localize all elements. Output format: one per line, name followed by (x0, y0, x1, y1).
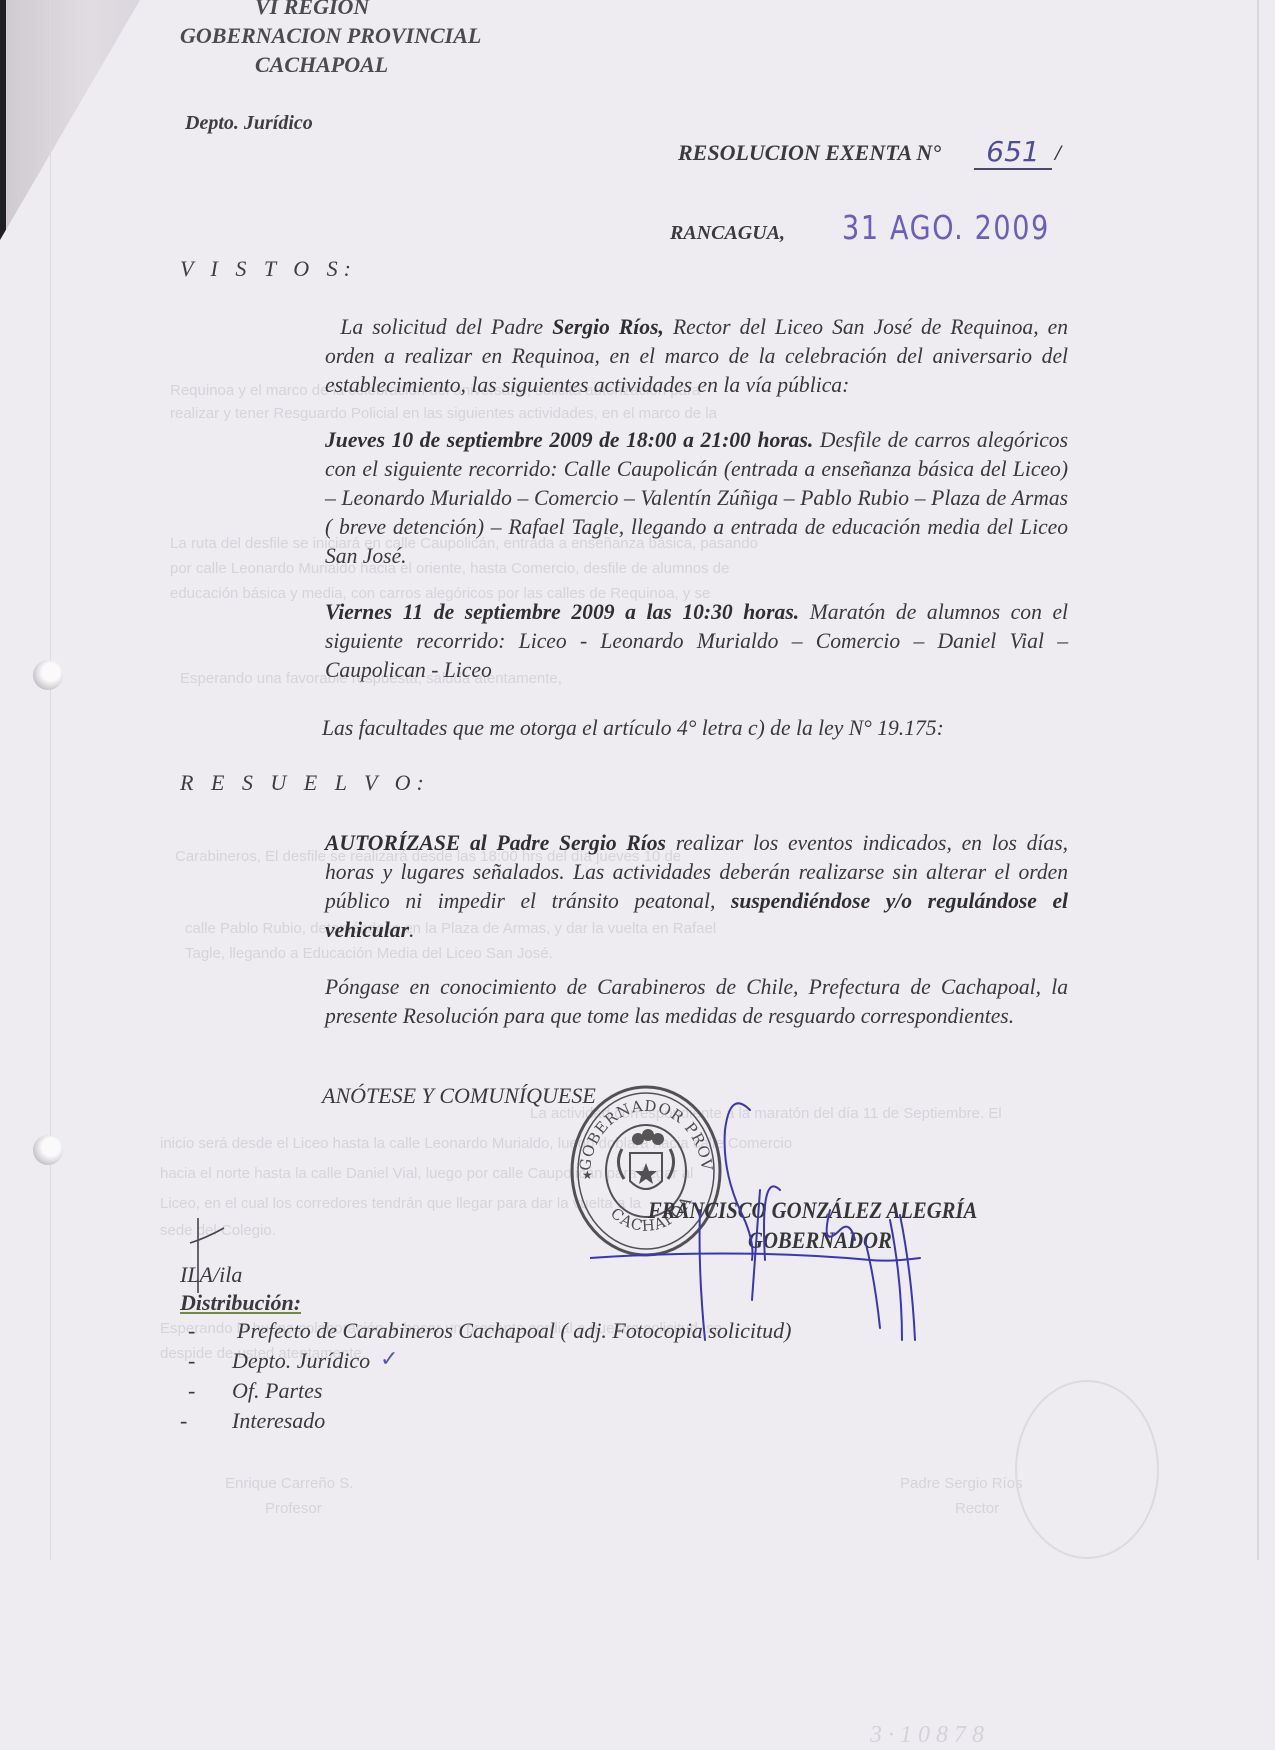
resolution-number: 651 (974, 135, 1052, 170)
check-mark-icon: ✓ (380, 1346, 398, 1372)
province-heading: CACHAPOAL (255, 52, 388, 78)
seal-top-text: GOBERNADOR PROVINCIAL (568, 1083, 716, 1172)
page-right-edge (1257, 0, 1259, 1560)
legal-basis-paragraph: Las facultades que me otorga el artículo… (322, 713, 1065, 742)
closing-formula: ANÓTESE Y COMUNÍQUESE (322, 1083, 596, 1109)
svg-text:★: ★ (582, 1168, 593, 1182)
request-paragraph: La solicitud del Padre Sergio Ríos, Rect… (325, 312, 1068, 399)
office-heading: GOBERNACION PROVINCIAL (180, 23, 481, 49)
official-seal-icon: GOBERNADOR PROVINCIAL CACHAPOAL ★ (568, 1083, 724, 1259)
punch-hole-icon (33, 1135, 63, 1165)
distribution-heading: Distribución: (180, 1290, 301, 1316)
authorization-paragraph: AUTORÍZASE al Padre Sergio Ríos realizar… (325, 828, 1068, 944)
vistos-heading: V I S T O S: (180, 256, 357, 282)
document-page: Requinoa y el marco de la celebración de… (0, 0, 1275, 1750)
date-stamp: 31 AGO. 2009 (842, 208, 1050, 247)
signatory-title: GOBERNADOR (748, 1228, 892, 1254)
punch-hole-icon (33, 660, 63, 690)
folded-corner (0, 0, 150, 240)
event-marathon-paragraph: Viernes 11 de septiembre 2009 a las 10:3… (325, 597, 1068, 684)
signatory-name: FRANCISCO GONZÁLEZ ALEGRÍA (648, 1198, 977, 1224)
region-heading: VI REGION (255, 0, 369, 20)
resuelvo-heading: R E S U E L V O: (180, 770, 430, 796)
city-label: RANCAGUA, (670, 222, 785, 245)
resolution-suffix: / (1055, 140, 1061, 166)
event-parade-paragraph: Jueves 10 de septiembre 2009 de 18:00 a … (325, 425, 1068, 570)
notification-paragraph: Póngase en conocimiento de Carabineros d… (325, 972, 1068, 1030)
handwritten-cross-icon (188, 1218, 228, 1298)
bleed-through-stamp (1015, 1380, 1159, 1559)
department-label: Depto. Jurídico (185, 112, 313, 135)
page-left-edge (50, 0, 51, 1560)
svg-text:GOBERNADOR PROVINCIAL: GOBERNADOR PROVINCIAL (568, 1083, 716, 1172)
resolution-title: RESOLUCION EXENTA N° (678, 140, 941, 166)
bleed-through-number: 3 · 1 0 8 7 8 (870, 1722, 984, 1749)
